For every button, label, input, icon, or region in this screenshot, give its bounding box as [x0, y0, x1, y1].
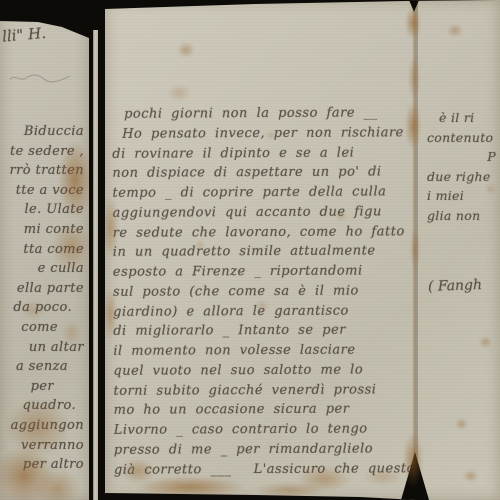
page-edge-sliver — [93, 30, 98, 500]
handwritten-line: come — [0, 318, 58, 338]
handwritten-line: P — [427, 147, 498, 167]
stain — [479, 336, 492, 348]
signature-fragment: ( Fangh — [428, 277, 483, 295]
handwritten-line: rrò tratten — [0, 161, 84, 181]
stain — [463, 470, 478, 482]
handwritten-line: un altar — [0, 338, 84, 358]
pencil-scribble — [8, 70, 72, 84]
handwritten-line: tte a voce — [0, 181, 84, 201]
handwritten-line: per — [0, 377, 54, 397]
handwritten-line: verranno — [0, 436, 84, 456]
stain — [455, 418, 468, 430]
handwritten-line: di rovinare il dipinto e se a lei — [112, 143, 414, 164]
handwritten-line: mo ho un occasione sicura per — [114, 399, 416, 420]
handwritten-line: per altro — [0, 455, 84, 475]
handwritten-line: i miei — [427, 186, 498, 206]
fold-notch-top — [409, 0, 419, 12]
handwritten-line: sul posto (che come sa è il mio — [113, 281, 415, 302]
fold-gap-bottom — [401, 452, 429, 500]
handwritten-line: presso di me _ per rimandarglielo — [114, 439, 416, 460]
handwritten-line: già corretto ___ L'assicuro che questo — [114, 459, 416, 480]
handwritten-line: aggiungon — [0, 416, 84, 436]
letter-body: pochi giorni non la posso fare __Ho pens… — [112, 103, 416, 480]
handwritten-line: te sedere , — [0, 142, 84, 162]
handwritten-line: torni subito giacché venerdì prossi — [113, 380, 415, 401]
handwritten-line: mi conte — [0, 220, 84, 240]
handwritten-line: in un quadretto simile attualmente — [113, 241, 415, 262]
handwritten-line: aggiungendovi qui accanto due figu — [113, 202, 415, 223]
handwritten-line: di migliorarlo _ Intanto se per — [113, 320, 415, 341]
handwritten-line: ella parte — [0, 279, 84, 299]
main-letter-sheet: pochi giorni non la posso fare __Ho pens… — [105, 0, 500, 500]
handwritten-line: le. Ulate — [0, 200, 84, 220]
handwritten-line: giardino) e allora le garantisco — [113, 301, 415, 322]
handwritten-line: il momento non volesse lasciare — [113, 340, 415, 361]
handwritten-line: Livorno _ caso contrario lo tengo — [114, 419, 416, 440]
stain — [255, 482, 325, 498]
fold-crease — [412, 0, 418, 500]
stain — [167, 84, 191, 102]
stain — [447, 24, 463, 37]
handwritten-line: quel vuoto nel suo salotto me lo — [113, 360, 415, 381]
handwritten-line: Biduccia — [0, 122, 84, 142]
letter-scan-photo: lli" H. Biducciate sedere ,rrò trattentt… — [0, 0, 500, 500]
handwritten-line: Ho pensato invece, per non rischiare — [112, 123, 414, 144]
handwritten-line: glia non — [427, 206, 498, 226]
handwritten-line: contenuto — [427, 128, 498, 148]
left-page-header-fragment: lli" H. — [1, 20, 86, 45]
handwritten-line: quadro. — [0, 396, 76, 416]
handwritten-line: esposto a Firenze _ riportandomi — [113, 261, 415, 282]
handwritten-line: due righe — [427, 167, 498, 187]
stain — [177, 42, 195, 58]
handwritten-line: da poco. — [0, 298, 72, 318]
left-page-text-fragments: Biducciate sedere ,rrò trattentte a voce… — [0, 122, 84, 475]
handwritten-line: tempo _ di coprire parte della culla — [112, 182, 414, 203]
right-page-text-fragments: è il ricontenutoPdue righei mieiglia non — [427, 108, 498, 225]
handwritten-line: tta come — [0, 240, 84, 260]
handwritten-line: è il ri — [427, 108, 498, 128]
handwritten-line: a senza — [0, 357, 68, 377]
handwritten-line: re sedute che lavorano, come ho fatto — [113, 222, 415, 243]
left-page-edge: lli" H. Biducciate sedere ,rrò trattentt… — [0, 0, 89, 500]
handwritten-line: pochi giorni non la posso fare __ — [112, 103, 414, 124]
handwritten-line: non dispiace di aspettare un po' di — [112, 162, 414, 183]
handwritten-line: e culla — [0, 259, 84, 279]
